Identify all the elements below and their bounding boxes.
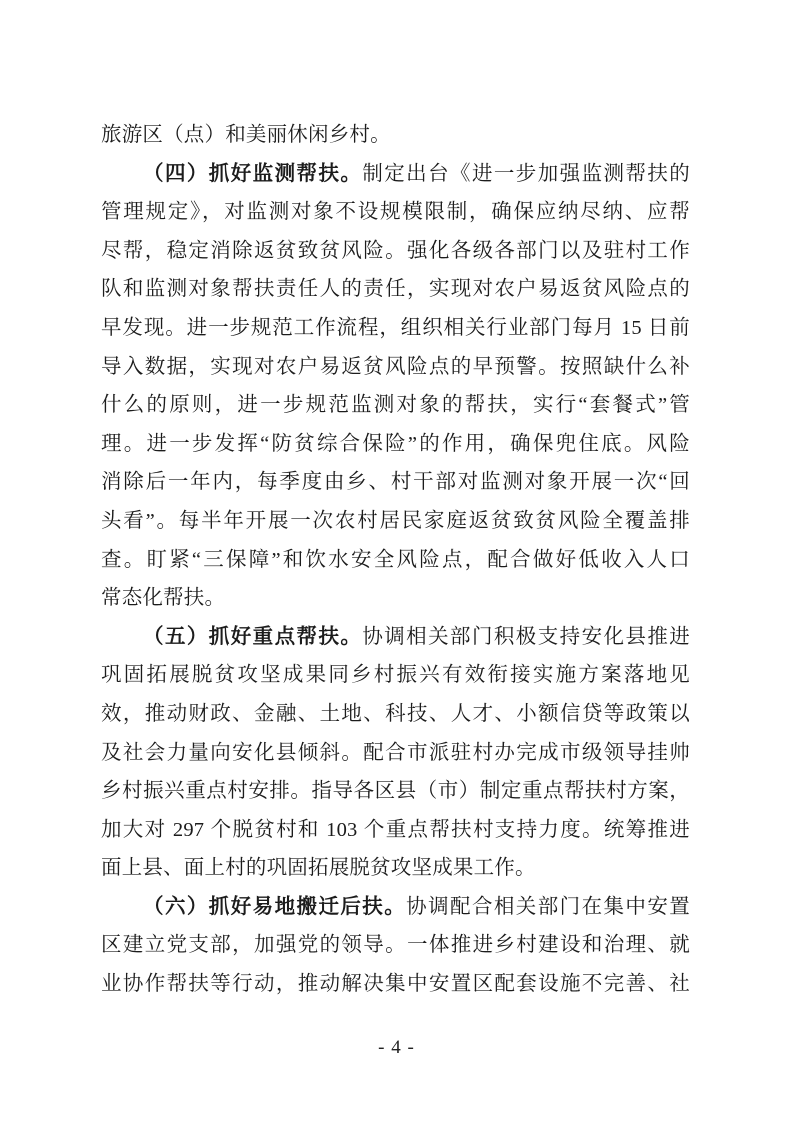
text-line: 队和监测对象帮扶责任人的责任，实现对农户易返贫风险点的: [101, 270, 690, 309]
text-line: 早发现。进一步规范工作流程，组织相关行业部门每月 15 日前: [101, 309, 690, 348]
body-text: 乡村振兴重点村安排。指导各区县（市）制定重点帮扶村方案，: [101, 780, 690, 802]
page-number: - 4 -: [0, 1036, 793, 1060]
body-text: 什么的原则，进一步规范监测对象的帮扶，实行“套餐式”管: [101, 394, 690, 416]
text-line: 什么的原则，进一步规范监测对象的帮扶，实行“套餐式”管: [101, 386, 690, 425]
text-line: 尽帮，稳定消除返贫致贫风险。强化各级各部门以及驻村工作: [101, 232, 690, 271]
document-body: 旅游区（点）和美丽休闲乡村。（四）抓好监测帮扶。制定出台《进一步加强监测帮扶的管…: [101, 116, 690, 1004]
body-text: 消除后一年内，每季度由乡、村干部对监测对象开展一次“回: [101, 471, 690, 493]
body-text: 协调相关部门积极支持安化县推进: [362, 626, 690, 648]
text-line: 效，推动财政、金融、土地、科技、人才、小额信贷等政策以: [101, 695, 690, 734]
body-text: 早发现。进一步规范工作流程，组织相关行业部门每月 15 日前: [101, 317, 690, 339]
paragraph-first-line: （六）抓好易地搬迁后扶。协调配合相关部门在集中安置: [101, 888, 690, 927]
text-line: 旅游区（点）和美丽休闲乡村。: [101, 116, 690, 155]
text-line: 常态化帮扶。: [101, 579, 690, 618]
body-text: 头看”。每半年开展一次农村居民家庭返贫致贫风险全覆盖排: [101, 510, 690, 532]
text-line: 业协作帮扶等行动，推动解决集中安置区配套设施不完善、社: [101, 965, 690, 1004]
body-text: 效，推动财政、金融、土地、科技、人才、小额信贷等政策以: [101, 703, 690, 725]
body-text: 区建立党支部，加强党的领导。一体推进乡村建设和治理、就: [101, 934, 690, 956]
text-line: 查。盯紧“三保障”和饮水安全风险点，配合做好低收入人口: [101, 541, 690, 580]
body-text: 制定出台《进一步加强监测帮扶的: [362, 163, 690, 185]
body-text: 业协作帮扶等行动，推动解决集中安置区配套设施不完善、社: [101, 973, 690, 995]
body-text: 加大对 297 个脱贫村和 103 个重点帮扶村支持力度。统筹推进: [101, 819, 690, 841]
text-line: 区建立党支部，加强党的领导。一体推进乡村建设和治理、就: [101, 926, 690, 965]
text-line: 理。进一步发挥“防贫综合保险”的作用，确保兜住底。风险: [101, 425, 690, 464]
text-line: 加大对 297 个脱贫村和 103 个重点帮扶村支持力度。统筹推进: [101, 811, 690, 850]
text-line: 及社会力量向安化县倾斜。配合市派驻村办完成市级领导挂帅: [101, 734, 690, 773]
body-text: 面上县、面上村的巩固拓展脱贫攻坚成果工作。: [101, 857, 536, 879]
body-text: 巩固拓展脱贫攻坚成果同乡村振兴有效衔接实施方案落地见: [101, 664, 690, 686]
body-text: 管理规定》，对监测对象不设规模限制，确保应纳尽纳、应帮: [101, 201, 690, 223]
text-line: 乡村振兴重点村安排。指导各区县（市）制定重点帮扶村方案，: [101, 772, 690, 811]
section-heading: （四）抓好监测帮扶。: [143, 163, 362, 185]
body-text: 理。进一步发挥“防贫综合保险”的作用，确保兜住底。风险: [101, 433, 690, 455]
document-page: 旅游区（点）和美丽休闲乡村。（四）抓好监测帮扶。制定出台《进一步加强监测帮扶的管…: [0, 0, 793, 1122]
section-heading: （六）抓好易地搬迁后扶。: [143, 896, 406, 918]
paragraph-first-line: （四）抓好监测帮扶。制定出台《进一步加强监测帮扶的: [101, 155, 690, 194]
text-line: 头看”。每半年开展一次农村居民家庭返贫致贫风险全覆盖排: [101, 502, 690, 541]
paragraph-first-line: （五）抓好重点帮扶。协调相关部门积极支持安化县推进: [101, 618, 690, 657]
body-text: 常态化帮扶。: [101, 587, 225, 609]
text-line: 面上县、面上村的巩固拓展脱贫攻坚成果工作。: [101, 849, 690, 888]
body-text: 队和监测对象帮扶责任人的责任，实现对农户易返贫风险点的: [101, 278, 690, 300]
text-line: 巩固拓展脱贫攻坚成果同乡村振兴有效衔接实施方案落地见: [101, 656, 690, 695]
body-text: 尽帮，稳定消除返贫致贫风险。强化各级各部门以及驻村工作: [101, 240, 690, 262]
body-text: 查。盯紧“三保障”和饮水安全风险点，配合做好低收入人口: [101, 549, 690, 571]
body-text: 及社会力量向安化县倾斜。配合市派驻村办完成市级领导挂帅: [101, 742, 690, 764]
text-line: 消除后一年内，每季度由乡、村干部对监测对象开展一次“回: [101, 463, 690, 502]
body-text: 导入数据，实现对农户易返贫风险点的早预警。按照缺什么补: [101, 356, 690, 378]
body-text: 旅游区（点）和美丽休闲乡村。: [101, 124, 391, 146]
section-heading: （五）抓好重点帮扶。: [143, 626, 362, 648]
body-text: 协调配合相关部门在集中安置: [406, 896, 690, 918]
text-line: 管理规定》，对监测对象不设规模限制，确保应纳尽纳、应帮: [101, 193, 690, 232]
text-line: 导入数据，实现对农户易返贫风险点的早预警。按照缺什么补: [101, 348, 690, 387]
